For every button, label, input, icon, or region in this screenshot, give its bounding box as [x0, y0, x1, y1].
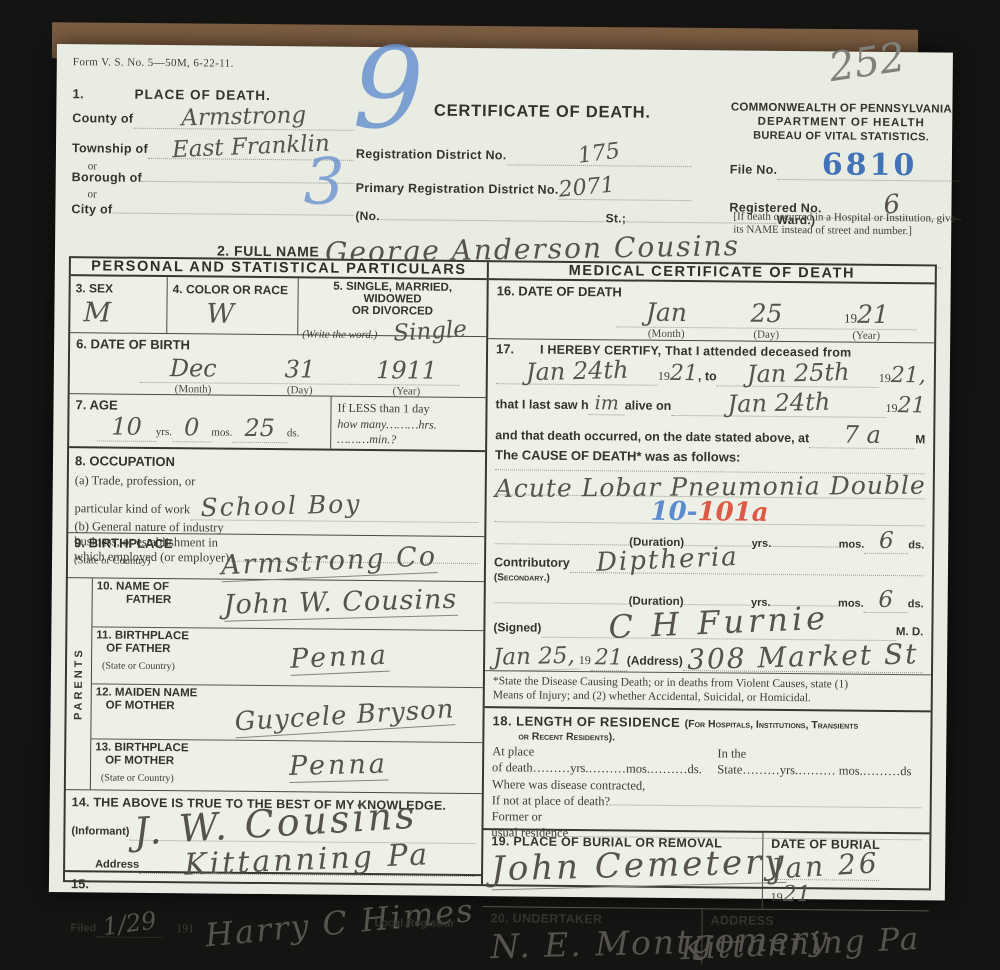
marital-cell: 5. SINGLE, MARRIED, WIDOWED OR DIVORCED …	[298, 278, 487, 336]
sign-address-label: (Address)	[627, 653, 683, 668]
registration-district-value: 175	[577, 139, 622, 169]
dod-day-caption: (Day)	[716, 328, 816, 341]
mother-bp-subcaption: (State or Country)	[101, 772, 174, 784]
residence-paren-1: (For Hospitals, Institutions, Transients	[685, 718, 859, 732]
sign-year-value: 21	[591, 645, 627, 671]
cause-of-death-section: Acute Lobar Pneumonia Double 10-101a (Du…	[486, 459, 933, 547]
parents-block: PARENTS 10. NAME OF FATHER John W. Cousi…	[66, 578, 484, 794]
sign-date-address-row: Jan 25, 19 21 (Address) 308 Market St	[485, 637, 931, 675]
age-years: 10	[97, 412, 156, 442]
certificate-header: Form V. S. No. 5—50M, 6-22-11. 252 1. PL…	[69, 44, 939, 264]
mother-name-label-2: OF MOTHER	[106, 700, 212, 714]
item-15-number: 15.	[71, 876, 89, 891]
ds-unit: ds.	[287, 427, 300, 439]
less-than-one-day-cell: If LESS than 1 day how many………hrs. ………mi…	[330, 397, 485, 450]
from-year-value: 21	[670, 362, 698, 385]
dob-day: 31	[246, 355, 353, 384]
father-birthplace-row: 11. BIRTHPLACE OF FATHER (State or Count…	[92, 627, 484, 688]
burial-year-value: 21	[783, 882, 811, 907]
township-label: Township of	[72, 141, 148, 156]
contributory-value: Diptheria	[595, 542, 739, 578]
place-of-death-label: PLACE OF DEATH.	[134, 87, 270, 103]
occupation-label: 8. OCCUPATION	[75, 453, 175, 469]
birthplace-label: 9. BIRTHPLACE	[74, 535, 180, 551]
blue-mark-3: 3	[303, 150, 344, 214]
physician-signature: C H Furnie	[608, 599, 830, 646]
burial-row: 19. PLACE OF BURIAL OR REMOVAL John Ceme…	[483, 830, 930, 911]
dob-year: 1911	[353, 356, 460, 385]
dod-month: Jan	[616, 297, 716, 327]
dod-label: 16. DATE OF DEATH	[497, 283, 622, 299]
date-of-death-row: 16. DATE OF DEATH Jan 25 1921 (Month) (D…	[488, 280, 935, 343]
dod-year-caption: (Year)	[816, 329, 916, 342]
filed-year-preprint: 191	[176, 921, 194, 934]
signed-label: (Signed)	[493, 620, 541, 634]
mother-name-row: 12. MAIDEN NAME OF MOTHER Guycele Bryson	[91, 684, 483, 743]
sign-year-preprint: 19	[579, 653, 591, 668]
dod-year-preprint: 19	[844, 311, 857, 326]
sign-date-value: Jan 25,	[493, 643, 579, 672]
father-bp-label-2: OF FATHER	[106, 642, 200, 656]
age-label: 7. AGE	[75, 397, 117, 412]
him-handwritten: im	[589, 394, 625, 415]
father-bp-label-1: 11. BIRTHPLACE	[96, 629, 200, 643]
saw-year-preprint: 19	[885, 402, 897, 415]
dob-month: Dec	[140, 354, 247, 383]
m-label: M	[915, 433, 925, 446]
parents-vertical-label: PARENTS	[66, 578, 93, 789]
sex-value: M	[83, 297, 111, 328]
length-of-residence-section: 18. LENGTH OF RESIDENCE (For Hospitals, …	[483, 708, 930, 834]
file-no-row: File No. 6810	[730, 146, 962, 181]
father-name-label-1: 10. NAME OF	[97, 580, 201, 594]
signed-row: (Signed) C H Furnie M. D.	[485, 601, 931, 641]
mother-bp-value: Penna	[289, 748, 389, 782]
medical-certificate-column: MEDICAL CERTIFICATE OF DEATH 16. DATE OF…	[483, 262, 935, 888]
race-value: W	[206, 298, 234, 329]
from-year-preprint: 19	[658, 370, 670, 383]
father-bp-subcaption: (State or Country)	[102, 660, 175, 672]
informant-label: (Informant)	[71, 825, 129, 838]
less-line-1: If LESS than 1 day	[337, 401, 479, 418]
footnote-section: *State the Disease Causing Death; or in …	[485, 671, 931, 712]
certificate-body: PERSONAL AND STATISTICAL PARTICULARS 3. …	[63, 256, 937, 890]
filed-date-value: 1/29	[101, 906, 158, 934]
burial-year-preprint: 19	[771, 890, 783, 904]
occupation-a-line2: particular kind of work	[74, 502, 190, 518]
age-row: 7. AGE 10 yrs. 0 mos. 25 ds. If LESS tha…	[69, 394, 485, 452]
to-year-preprint: 19	[879, 372, 891, 385]
attended-to-date: Jan 25th	[746, 360, 849, 388]
occupation-value: School Boy	[200, 490, 362, 524]
primary-district-value: 2071	[558, 172, 616, 202]
blue-mark-9: 9	[352, 33, 424, 146]
birthplace-subcaption: (State or Country)	[74, 555, 151, 567]
city-label: City of	[71, 202, 112, 216]
informant-row: 14. THE ABOVE IS TRUE TO THE BEST OF MY …	[65, 790, 482, 876]
residence-label: 18. LENGTH OF RESIDENCE	[492, 713, 680, 730]
local-registrar-label: Local Registrar	[374, 917, 454, 930]
filed-label: Filed	[70, 922, 96, 934]
pencil-annotation: 252	[826, 34, 908, 91]
cause-code-red: 101a	[697, 497, 768, 528]
alive-on-label: alive on	[625, 399, 672, 413]
dod-month-caption: (Month)	[616, 327, 716, 340]
no-paren-label: (No.	[355, 209, 380, 223]
age-months: 0	[172, 413, 212, 442]
death-certificate-document: Form V. S. No. 5—50M, 6-22-11. 252 1. PL…	[49, 44, 953, 901]
age-days: 25	[232, 414, 287, 444]
sex-race-marital-row: 3. SEX M 4. COLOR OR RACE W 5. SINGLE, M…	[70, 276, 487, 337]
mother-name-label-1: 12. MAIDEN NAME	[96, 686, 212, 700]
father-name-label-2: FATHER	[97, 594, 201, 608]
date-of-burial-value: Jan 26	[770, 846, 880, 885]
commonwealth-line: COMMONWEALTH OF PENNSYLVANIA	[716, 100, 966, 117]
item-1-number: 1.	[72, 86, 84, 101]
less-line-3: ………min.?	[337, 432, 479, 449]
father-name-value: John W. Cousins	[223, 584, 457, 622]
mother-bp-label-1: 13. BIRTHPLACE	[95, 741, 199, 755]
death-time-value: 7 a	[844, 422, 881, 448]
father-bp-value: Penna	[290, 640, 390, 676]
sign-address-value: 308 Market St	[687, 637, 919, 676]
county-row: County of Armstrong	[72, 102, 354, 131]
mother-bp-label-2: OF MOTHER	[105, 754, 199, 768]
mos-unit: mos.	[211, 426, 232, 438]
filed-row: 15. Filed 1/29 191 Harry C Himes Local R…	[64, 872, 481, 934]
last-saw-pre: that I last saw h	[495, 398, 588, 412]
day-caption: (Day)	[246, 384, 353, 397]
county-label: County of	[72, 111, 133, 126]
file-no-stamp: 6810	[822, 147, 918, 183]
borough-label: Borough of	[72, 170, 142, 185]
birthplace-value: Armstrong Co	[220, 541, 437, 582]
marital-label-1: 5. SINGLE, MARRIED, WIDOWED	[303, 280, 483, 306]
cause-of-death-value: Acute Lobar Pneumonia Double	[495, 471, 926, 503]
dod-day: 25	[716, 298, 816, 328]
mother-birthplace-row: 13. BIRTHPLACE OF MOTHER (State or Count…	[91, 739, 482, 793]
undertaker-row: 20. UNDERTAKER N. E. Montgomery ADDRESS …	[482, 907, 929, 934]
form-number: Form V. S. No. 5—50M, 6-22-11.	[73, 56, 234, 70]
dob-label: 6. DATE OF BIRTH	[76, 336, 190, 352]
in-the-label: In the	[717, 746, 922, 764]
race-label: 4. COLOR OR RACE	[173, 282, 288, 297]
or-2: or	[88, 188, 97, 200]
county-value: Armstrong	[181, 102, 306, 131]
place-of-burial-value: John Cemetery	[491, 842, 787, 890]
attended-from-date: Jan 24th	[525, 358, 628, 386]
footnote-line-2: Means of Injury; and (2) whether Acciden…	[493, 689, 923, 708]
file-no-label: File No.	[730, 162, 778, 176]
sex-cell: 3. SEX M	[70, 276, 168, 333]
certify-section: 17. I HEREBY CERTIFY, That I attended de…	[487, 339, 934, 463]
last-saw-date: Jan 24th	[727, 390, 830, 418]
year-caption: (Year)	[353, 385, 460, 398]
occupation-row: 8. OCCUPATION (a) Trade, profession, or …	[68, 448, 485, 537]
saw-year-value: 21	[897, 394, 925, 417]
to-word: , to	[698, 370, 717, 383]
primary-district-label: Primary Registration District No.	[356, 181, 559, 197]
informant-address-label: Address	[95, 858, 139, 870]
if-not-line: If not at place of death?	[492, 792, 610, 809]
less-line-2: how many………hrs.	[337, 416, 479, 433]
contributory-label: Contributory	[494, 555, 570, 570]
death-occurred-text: and that death occurred, on the date sta…	[495, 429, 809, 445]
state-line: State………yrs.……… mos.………ds	[717, 762, 922, 780]
father-name-row: 10. NAME OF FATHER John W. Cousins	[92, 578, 483, 631]
sex-label: 3. SEX	[76, 281, 113, 295]
race-cell: 4. COLOR OR RACE W	[167, 277, 299, 334]
primary-district-row: Primary Registration District No. 2071	[356, 173, 692, 201]
item-17-number: 17.	[496, 342, 540, 356]
to-year-value: 21,	[891, 364, 926, 387]
occupation-a-line1: (a) Trade, profession, or	[75, 473, 196, 488]
marital-value: Single	[392, 316, 467, 346]
yrs-unit: yrs.	[156, 426, 172, 438]
contributory-section: Contributory Diptheria (Secondary.) (Dur…	[486, 543, 933, 605]
month-caption: (Month)	[140, 383, 247, 396]
burial-undertaker-section: 19. PLACE OF BURIAL OR REMOVAL John Ceme…	[482, 830, 929, 934]
commonwealth-block: COMMONWEALTH OF PENNSYLVANIA DEPARTMENT …	[716, 100, 966, 145]
personal-particulars-column: PERSONAL AND STATISTICAL PARTICULARS 3. …	[65, 258, 489, 884]
birthplace-row: 9. BIRTHPLACE (State or Country) Armstro…	[68, 533, 484, 582]
st-label: St.;	[606, 211, 627, 225]
mother-name-value: Guycele Bryson	[234, 694, 456, 738]
of-death-line: of death………yrs.………mos.………ds.	[492, 760, 717, 778]
bureau-line: BUREAU OF VITAL STATISTICS.	[716, 129, 966, 145]
dod-year-value: 21	[857, 300, 889, 329]
